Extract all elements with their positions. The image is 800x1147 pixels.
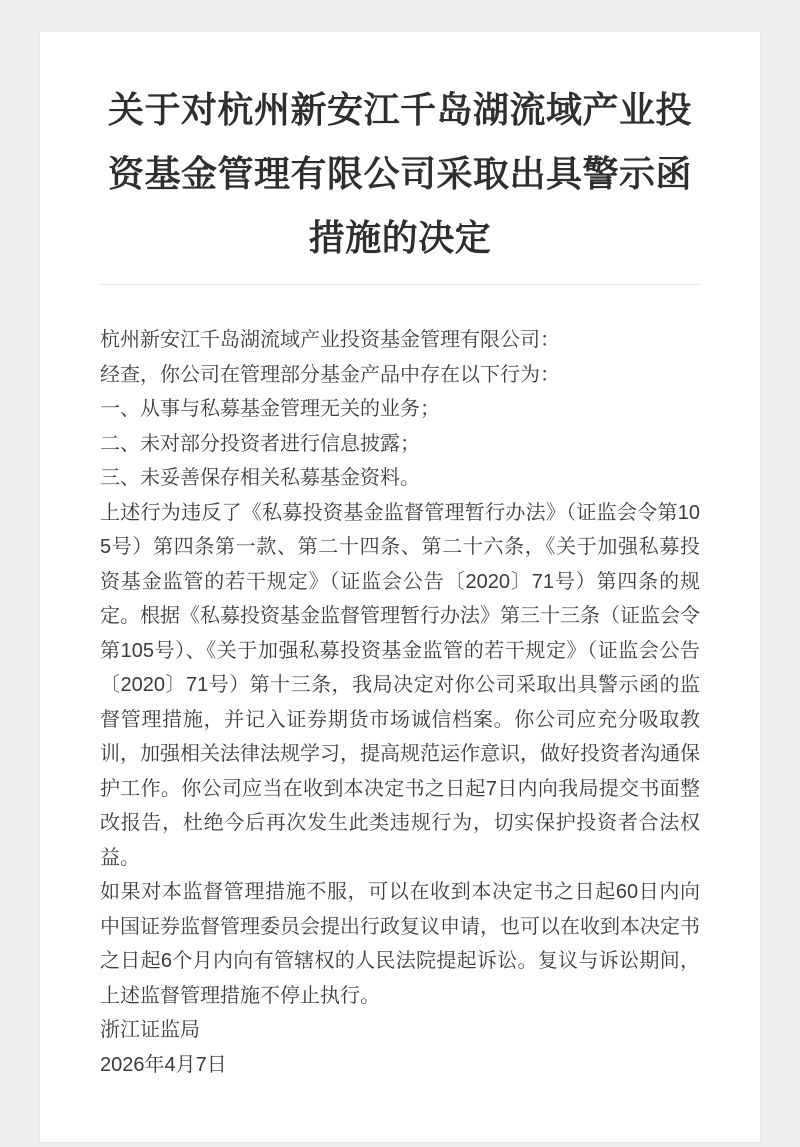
document-card: 关于对杭州新安江千岛湖流域产业投资基金管理有限公司采取出具警示函措施的决定 杭州… <box>40 32 760 1142</box>
appeal-paragraph: 如果对本监督管理措施不服，可以在收到本决定书之日起60日内向中国证券监督管理委员… <box>100 875 700 1013</box>
issuer-line: 浙江证监局 <box>100 1013 700 1048</box>
addressee-line: 杭州新安江千岛湖流域产业投资基金管理有限公司： <box>100 323 700 358</box>
document-body: 杭州新安江千岛湖流域产业投资基金管理有限公司： 经查，你公司在管理部分基金产品中… <box>100 323 700 1082</box>
title-divider <box>100 284 700 285</box>
date-line: 2026年4月7日 <box>100 1048 700 1083</box>
violation-item-1: 一、从事与私募基金管理无关的业务； <box>100 392 700 427</box>
violation-item-3: 三、未妥善保存相关私募基金资料。 <box>100 461 700 496</box>
violation-item-2: 二、未对部分投资者进行信息披露； <box>100 427 700 462</box>
findings-intro-line: 经查，你公司在管理部分基金产品中存在以下行为： <box>100 358 700 393</box>
decision-paragraph: 上述行为违反了《私募投资基金监督管理暂行办法》（证监会令第105号）第四条第一款… <box>100 496 700 876</box>
document-title: 关于对杭州新安江千岛湖流域产业投资基金管理有限公司采取出具警示函措施的决定 <box>100 78 700 270</box>
